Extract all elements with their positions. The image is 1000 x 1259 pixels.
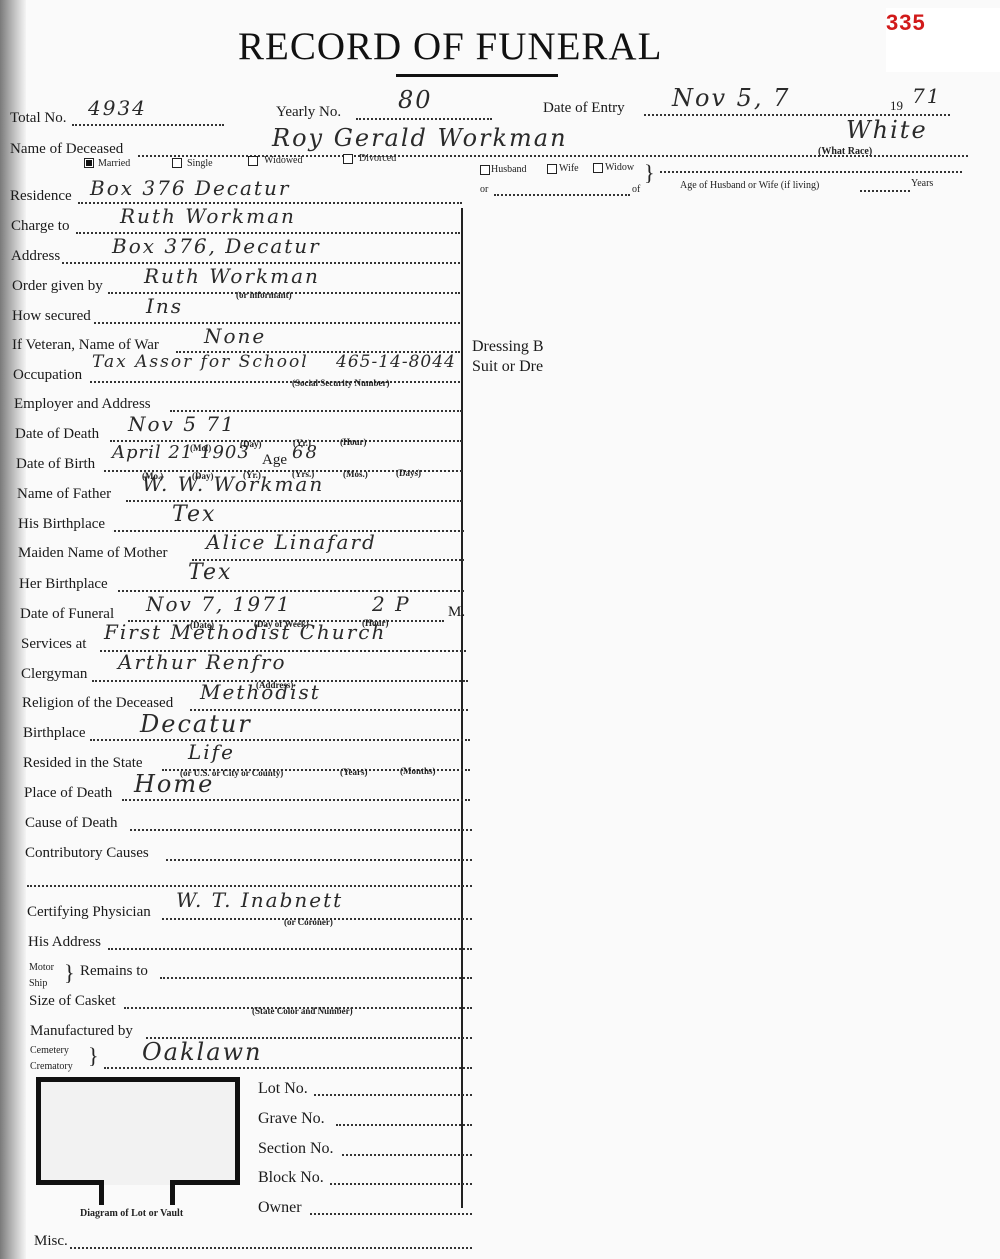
age-value[interactable]: 68 [292,442,319,463]
order-given-by-label: Order given by [12,278,103,295]
birthplace-line [90,739,470,741]
motor-label: Motor [29,962,54,973]
total-no-line [72,124,224,126]
services-at-value[interactable]: First Methodist Church [104,620,386,644]
wife-label: Wife [559,163,579,174]
deceased-race-value[interactable]: White [846,116,928,144]
widowed-label: Widowed [264,155,302,166]
married-label: Married [98,158,130,169]
her-birthplace-value[interactable]: Tex [188,560,232,585]
casket-note: (State Color and Number) [252,1006,353,1016]
casket-size-label: Size of Casket [29,993,116,1010]
how-secured-label: How secured [12,308,91,325]
contributory-causes-label: Contributory Causes [25,845,149,862]
or-line [494,194,630,196]
or-label: or [480,184,488,195]
owner-line [310,1213,472,1215]
services-at-label: Services at [21,636,86,653]
block-no-line [330,1183,472,1185]
column-divider [461,208,463,1208]
page-title: RECORD OF FUNERAL [238,24,662,69]
funeral-hour-value[interactable]: 2 P [372,592,411,616]
father-label: Name of Father [17,486,111,503]
informant-note: (or informant) [236,290,292,300]
date-of-entry-year[interactable]: 71 [912,84,941,108]
lot-no-line [314,1094,472,1096]
vault-post-left [99,1180,104,1205]
cemetery-line [104,1067,472,1069]
date-of-death-value[interactable]: Nov 5 71 [128,412,236,436]
age-spouse-line [860,190,910,192]
block-no-label: Block No. [258,1169,324,1187]
owner-label: Owner [258,1199,302,1217]
date-of-funeral-label: Date of Funeral [20,606,114,623]
vault-bottom-left [36,1180,104,1185]
place-of-death-label: Place of Death [24,785,112,802]
yearly-no-label: Yearly No. [276,104,341,121]
coroner-note: (or Coroner) [284,917,333,927]
date-of-funeral-value[interactable]: Nov 7, 1971 [146,592,292,616]
dressing-label: Dressing B [472,338,544,356]
clergyman-value[interactable]: Arthur Renfro [118,650,287,674]
cause-of-death-line [130,829,472,831]
contributory-causes-line-2 [27,885,472,887]
lot-vault-diagram [36,1077,240,1185]
vault-post-right [170,1180,175,1205]
funeral-m-label: M. [448,604,465,621]
of-label: of [632,184,640,195]
lot-no-label: Lot No. [258,1080,308,1098]
physician-value[interactable]: W. T. Inabnett [176,888,343,912]
physician-address-line [108,948,472,950]
address-label: Address [11,248,60,265]
employer-label: Employer and Address [14,396,151,413]
diagram-label: Diagram of Lot or Vault [80,1208,183,1219]
mother-label: Maiden Name of Mother [18,545,168,562]
husband-checkbox[interactable] [480,165,490,175]
misc-label: Misc. [34,1233,68,1250]
father-value[interactable]: W. W. Workman [142,472,324,496]
remains-to-label: Remains to [80,963,148,980]
veteran-value[interactable]: None [204,324,266,348]
cemetery-value[interactable]: Oaklawn [142,1038,263,1066]
widow-checkbox[interactable] [593,163,603,173]
residence-label: Residence [10,188,72,205]
birthplace-value[interactable]: Decatur [140,710,252,738]
spouse-brace: } [644,160,655,186]
religion-value[interactable]: Methodist [200,680,321,704]
contributory-causes-line [166,859,472,861]
charge-to-value[interactable]: Ruth Workman [120,204,296,228]
how-secured-value[interactable]: Ins [146,294,183,318]
occupation-value[interactable]: Tax Assor for School [92,352,309,372]
age-mos-label: (Mos.) [343,469,368,479]
misc-line [70,1247,472,1249]
years-label: Years [911,178,933,189]
how-secured-line [94,322,460,324]
married-checkbox[interactable] [84,158,94,168]
charge-to-label: Charge to [11,218,69,235]
place-of-death-value[interactable]: Home [134,770,214,798]
date-of-death-label: Date of Death [15,426,99,443]
single-checkbox[interactable] [172,158,182,168]
place-of-death-line [122,799,470,801]
age-label: Age [262,452,287,469]
vault-bottom-right [170,1180,240,1185]
her-birthplace-label: Her Birthplace [19,576,108,593]
suit-label: Suit or Dre [472,358,543,376]
widow-label: Widow [605,162,634,173]
age-days-label: (Days) [396,468,421,478]
grave-no-line [336,1124,472,1126]
husband-label: Husband [491,164,527,175]
occupation-line [90,381,460,383]
crematory-label: Crematory [30,1061,73,1072]
physician-address-label: His Address [28,934,101,951]
section-no-label: Section No. [258,1140,334,1158]
date-of-entry-label: Date of Entry [543,100,625,117]
total-no-label: Total No. [10,110,66,127]
resided-years-sub-label: (Years) [340,767,368,777]
occupation-label: Occupation [13,367,82,384]
age-spouse-label: Age of Husband or Wife (if living) [680,180,819,191]
ssn-label: (Social Security Number) [292,378,389,388]
cemetery-brace: } [88,1043,99,1069]
address-value[interactable]: Box 376, Decatur [112,234,321,258]
ssn-value[interactable]: 465-14-8044 [336,352,456,372]
race-label: (What Race) [818,146,872,157]
resided-label: Resided in the State [23,755,143,772]
resided-months-sub-label: (Months) [400,766,436,776]
physician-label: Certifying Physician [27,904,151,921]
clergyman-label: Clergyman [21,666,87,683]
date-of-entry-year-prefix: 19 [890,98,903,114]
birthplace-label: Birthplace [23,725,85,742]
mother-value[interactable]: Alice Linafard [206,530,377,554]
manufactured-by-label: Manufactured by [30,1023,133,1040]
his-birthplace-value[interactable]: Tex [172,502,216,527]
cause-of-death-label: Cause of Death [25,815,117,832]
divorced-checkbox[interactable] [343,154,353,164]
yearly-no-line [356,118,492,120]
widowed-checkbox[interactable] [248,156,258,166]
total-no-value[interactable]: 4934 [88,96,147,120]
yearly-no-value[interactable]: 80 [398,86,433,114]
mother-line [192,559,464,561]
single-label: Single [187,158,213,169]
deceased-name-label: Name of Deceased [10,141,123,158]
motor-ship-brace: } [64,960,75,986]
remains-to-line [160,977,472,979]
his-birthplace-label: His Birthplace [18,516,105,533]
cemetery-label: Cemetery [30,1045,69,1056]
resided-value[interactable]: Life [188,740,235,764]
wife-checkbox[interactable] [547,164,557,174]
residence-value[interactable]: Box 376 Decatur [90,176,290,200]
deceased-name-value[interactable]: Roy Gerald Workman [272,124,568,152]
grave-no-label: Grave No. [258,1110,325,1128]
death-hour-label: (Hour) [340,437,367,447]
page-number: 335 [886,10,926,36]
date-of-entry-value[interactable]: Nov 5, 7 [672,84,790,112]
order-given-by-value[interactable]: Ruth Workman [144,264,320,288]
date-of-birth-value[interactable]: April 21 1903 [112,442,250,463]
ship-label: Ship [29,978,47,989]
spouse-name-line [660,171,962,173]
divorced-label: Divorced [359,153,396,164]
section-no-line [342,1154,472,1156]
date-of-birth-label: Date of Birth [16,456,95,473]
title-underline [396,74,558,77]
